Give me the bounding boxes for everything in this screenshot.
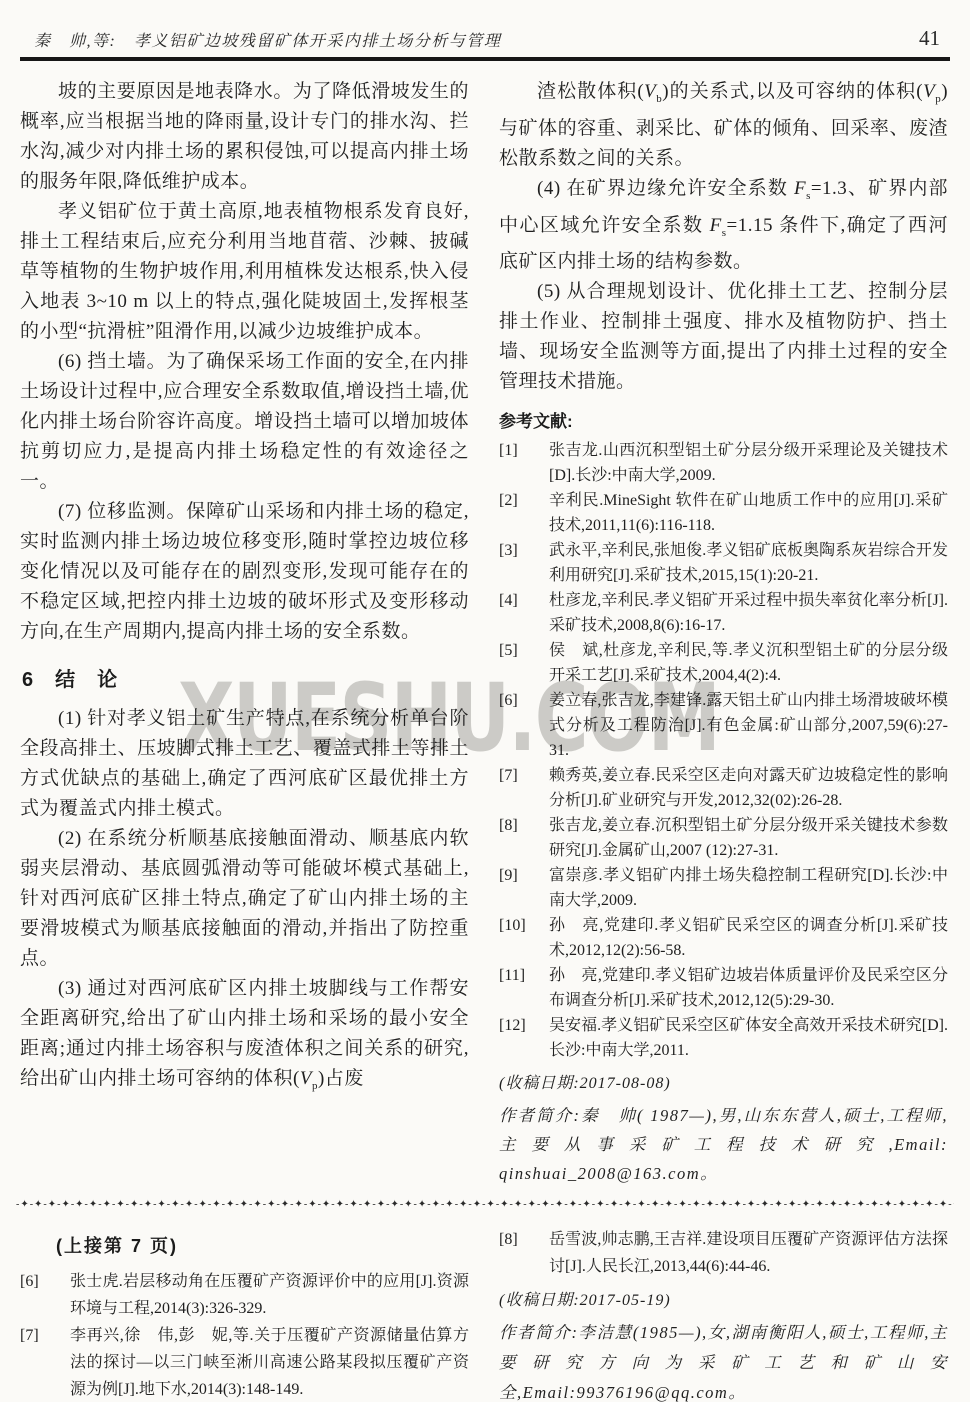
reference-item: [10] 孙 亮,党建印.孝义铝矿民采空区的调查分析[J].采矿技术,2012,… [499, 913, 948, 963]
reference-item: [2] 辛利民.MineSight 软件在矿山地质工作中的应用[J].采矿技术,… [499, 488, 948, 538]
reference-item: [4] 杜彦龙,辛利民.孝义铝矿开采过程中损失率贫化率分析[J].采矿技术,20… [499, 588, 948, 638]
reference-text: 富崇彦.孝义铝矿内排土场失稳控制工程研究[D].长沙:中南大学,2009. [549, 863, 948, 913]
reference-number: [1] [499, 438, 549, 488]
reference-item: [1] 张吉龙.山西沉积型铝土矿分层分级开采理论及关键技术[D].长沙:中南大学… [499, 438, 948, 488]
reference-text: 孙 亮,党建印.孝义铝矿边坡岩体质量评价及民采空区分布调查分析[J].采矿技术,… [549, 963, 948, 1013]
paragraph: (3) 通过对西河底矿区内排土坡脚线与工作帮安全距离研究,给出了矿山内排土场和采… [20, 974, 469, 1101]
continuation-left-references: [6] 张士虎.岩层移动角在压覆矿产资源评价中的应用[J].资源环境与工程,20… [20, 1268, 469, 1402]
paragraph: (7) 位移监测。保障矿山采场和内排土场的稳定,实时监测内排土场边坡位移变形,随… [20, 497, 469, 647]
reference-text: 李再兴,徐 伟,彭 妮,等.关于压覆矿产资源储量估算方法的探讨—以三门峡至淅川高… [70, 1322, 469, 1402]
paragraph: (5) 从合理规划设计、优化排土工艺、控制分层排土作业、控制排土强度、排水及植物… [499, 277, 948, 397]
body-paragraphs: 渣松散体积(Vb)的关系式,以及可容纳的体积(Vp)与矿体的容重、剥采比、矿体的… [499, 77, 948, 397]
conclusion-heading: 6 结 论 [22, 663, 469, 692]
page-header: 秦 帅,等: 孝义铝矿边坡残留矿体开采内排土场分析与管理 41 [0, 0, 970, 57]
continuation-right-column: [8] 岳雪波,帅志鹏,王吉祥.建设项目压覆矿产资源评估方法探讨[J].人民长江… [499, 1226, 948, 1402]
reference-text: 张吉龙,姜立春.沉积型铝土矿分层分级开采关键技术参数研究[J].金属矿山,200… [549, 813, 948, 863]
reference-number: [11] [499, 963, 549, 1013]
continuation-heading: (上接第 7 页) [20, 1232, 469, 1258]
reference-item: [12] 吴安福.孝义铝矿民采空区矿体安全高效开采技术研究[D].长沙:中南大学… [499, 1013, 948, 1063]
reference-text: 姜立春,张吉龙,李建锋.露天铝土矿山内排土场滑坡破坏模式分析及工程防治[J].有… [549, 688, 948, 763]
references-heading: 参考文献: [499, 407, 948, 432]
reference-number: [2] [499, 488, 549, 538]
reference-text: 辛利民.MineSight 软件在矿山地质工作中的应用[J].采矿技术,2011… [549, 488, 948, 538]
reference-number: [3] [499, 538, 549, 588]
continuation-right-references: [8] 岳雪波,帅志鹏,王吉祥.建设项目压覆矿产资源评估方法探讨[J].人民长江… [499, 1226, 948, 1280]
reference-item: [8] 张吉龙,姜立春.沉积型铝土矿分层分级开采关键技术参数研究[J].金属矿山… [499, 813, 948, 863]
reference-number: [10] [499, 913, 549, 963]
reference-text: 武永平,辛利民,张旭俊.孝义铝矿底板奥陶系灰岩综合开发利用研究[J].采矿技术,… [549, 538, 948, 588]
paragraph: (6) 挡土墙。为了确保采场工作面的安全,在内排土场设计过程中,应合理安全系数取… [20, 347, 469, 497]
paragraph: (2) 在系统分析顺基底接触面滑动、顺基底内软弱夹层滑动、基底圆弧滑动等可能破坏… [20, 824, 469, 974]
reference-text: 岳雪波,帅志鹏,王吉祥.建设项目压覆矿产资源评估方法探讨[J].人民长江,201… [549, 1226, 948, 1280]
paragraph: (1) 针对孝义铝土矿生产特点,在系统分析单台阶全段高排土、压坡脚式排土工艺、覆… [20, 704, 469, 824]
reference-item: [6] 姜立春,张吉龙,李建锋.露天铝土矿山内排土场滑坡破坏模式分析及工程防治[… [499, 688, 948, 763]
reference-item: [3] 武永平,辛利民,张旭俊.孝义铝矿底板奥陶系灰岩综合开发利用研究[J].采… [499, 538, 948, 588]
paragraph: 孝义铝矿位于黄土高原,地表植物根系发育良好,排土工程结束后,应充分利用当地苜蓿、… [20, 197, 469, 347]
conclusion-paragraphs: (1) 针对孝义铝土矿生产特点,在系统分析单台阶全段高排土、压坡脚式排土工艺、覆… [20, 704, 469, 1101]
paragraph: 渣松散体积(Vb)的关系式,以及可容纳的体积(Vp)与矿体的容重、剥采比、矿体的… [499, 77, 948, 174]
continuation-left-column: (上接第 7 页) [6] 张士虎.岩层移动角在压覆矿产资源评价中的应用[J].… [20, 1226, 469, 1402]
reference-item: [5] 侯 斌,杜彦龙,辛利民,等.孝义沉积型铝土矿的分层分级开采工艺[J].采… [499, 638, 948, 688]
reference-number: [6] [20, 1268, 70, 1322]
reference-item: [7] 李再兴,徐 伟,彭 妮,等.关于压覆矿产资源储量估算方法的探讨—以三门峡… [20, 1322, 469, 1402]
reference-item: [6] 张士虎.岩层移动角在压覆矿产资源评价中的应用[J].资源环境与工程,20… [20, 1268, 469, 1322]
reference-text: 赖秀英,姜立春.民采空区走向对露天矿边坡稳定性的影响分析[J].矿业研究与开发,… [549, 763, 948, 813]
author-bio: 作者简介:秦 帅( 1987—),男,山东东营人,硕士,工程师,主要从事采矿工程… [499, 1101, 948, 1188]
reference-list: [1] 张吉龙.山西沉积型铝土矿分层分级开采理论及关键技术[D].长沙:中南大学… [499, 438, 948, 1063]
reference-text: 杜彦龙,辛利民.孝义铝矿开采过程中损失率贫化率分析[J].采矿技术,2008,8… [549, 588, 948, 638]
left-column: 坡的主要原因是地表降水。为了降低滑坡发生的概率,应当根据当地的降雨量,设计专门的… [20, 77, 469, 1188]
reference-number: [12] [499, 1013, 549, 1063]
paragraph: 坡的主要原因是地表降水。为了降低滑坡发生的概率,应当根据当地的降雨量,设计专门的… [20, 77, 469, 197]
author-bio-continuation: 作者简介:李洁慧(1985—),女,湖南衡阳人,硕士,工程师,主要研究方向为采矿… [499, 1318, 948, 1402]
main-content: 坡的主要原因是地表降水。为了降低滑坡发生的概率,应当根据当地的降雨量,设计专门的… [0, 61, 970, 1188]
reference-text: 侯 斌,杜彦龙,辛利民,等.孝义沉积型铝土矿的分层分级开采工艺[J].采矿技术,… [549, 638, 948, 688]
received-date: (收稿日期:2017-08-08) [499, 1071, 948, 1097]
reference-number: [7] [20, 1322, 70, 1402]
reference-number: [8] [499, 813, 549, 863]
reference-number: [4] [499, 588, 549, 638]
reference-text: 吴安福.孝义铝矿民采空区矿体安全高效开采技术研究[D].长沙:中南大学,2011… [549, 1013, 948, 1063]
reference-number: [8] [499, 1226, 549, 1280]
continuation-section: (上接第 7 页) [6] 张士虎.岩层移动角在压覆矿产资源评价中的应用[J].… [0, 1212, 970, 1402]
reference-item: [11] 孙 亮,党建印.孝义铝矿边坡岩体质量评价及民采空区分布调查分析[J].… [499, 963, 948, 1013]
reference-item: [9] 富崇彦.孝义铝矿内排土场失稳控制工程研究[D].长沙:中南大学,2009… [499, 863, 948, 913]
right-column: 渣松散体积(Vb)的关系式,以及可容纳的体积(Vp)与矿体的容重、剥采比、矿体的… [499, 77, 948, 1188]
paragraph: (4) 在矿界边缘允许安全系数 Fs=1.3、矿界内部中心区域允许安全系数 Fs… [499, 174, 948, 278]
journal-page: XUESHU.COM 秦 帅,等: 孝义铝矿边坡残留矿体开采内排土场分析与管理 … [0, 0, 970, 1402]
reference-number: [5] [499, 638, 549, 688]
reference-number: [7] [499, 763, 549, 813]
received-date-continuation: (收稿日期:2017-05-19) [499, 1288, 948, 1314]
running-title: 秦 帅,等: 孝义铝矿边坡残留矿体开采内排土场分析与管理 [34, 28, 501, 51]
reference-text: 张士虎.岩层移动角在压覆矿产资源评价中的应用[J].资源环境与工程,2014(3… [70, 1268, 469, 1322]
reference-item: [8] 岳雪波,帅志鹏,王吉祥.建设项目压覆矿产资源评估方法探讨[J].人民长江… [499, 1226, 948, 1280]
diamond-divider: -✦-✦-✦-✦-✦-✦-✦-✦-✦-✦-✦-✦-✦-✦-✦-✦-✦-✦-✦-✦… [16, 1198, 954, 1212]
reference-number: [9] [499, 863, 549, 913]
body-paragraphs: 坡的主要原因是地表降水。为了降低滑坡发生的概率,应当根据当地的降雨量,设计专门的… [20, 77, 469, 647]
reference-item: [7] 赖秀英,姜立春.民采空区走向对露天矿边坡稳定性的影响分析[J].矿业研究… [499, 763, 948, 813]
reference-text: 张吉龙.山西沉积型铝土矿分层分级开采理论及关键技术[D].长沙:中南大学,200… [549, 438, 948, 488]
reference-number: [6] [499, 688, 549, 763]
reference-text: 孙 亮,党建印.孝义铝矿民采空区的调查分析[J].采矿技术,2012,12(2)… [549, 913, 948, 963]
page-number: 41 [919, 26, 940, 51]
